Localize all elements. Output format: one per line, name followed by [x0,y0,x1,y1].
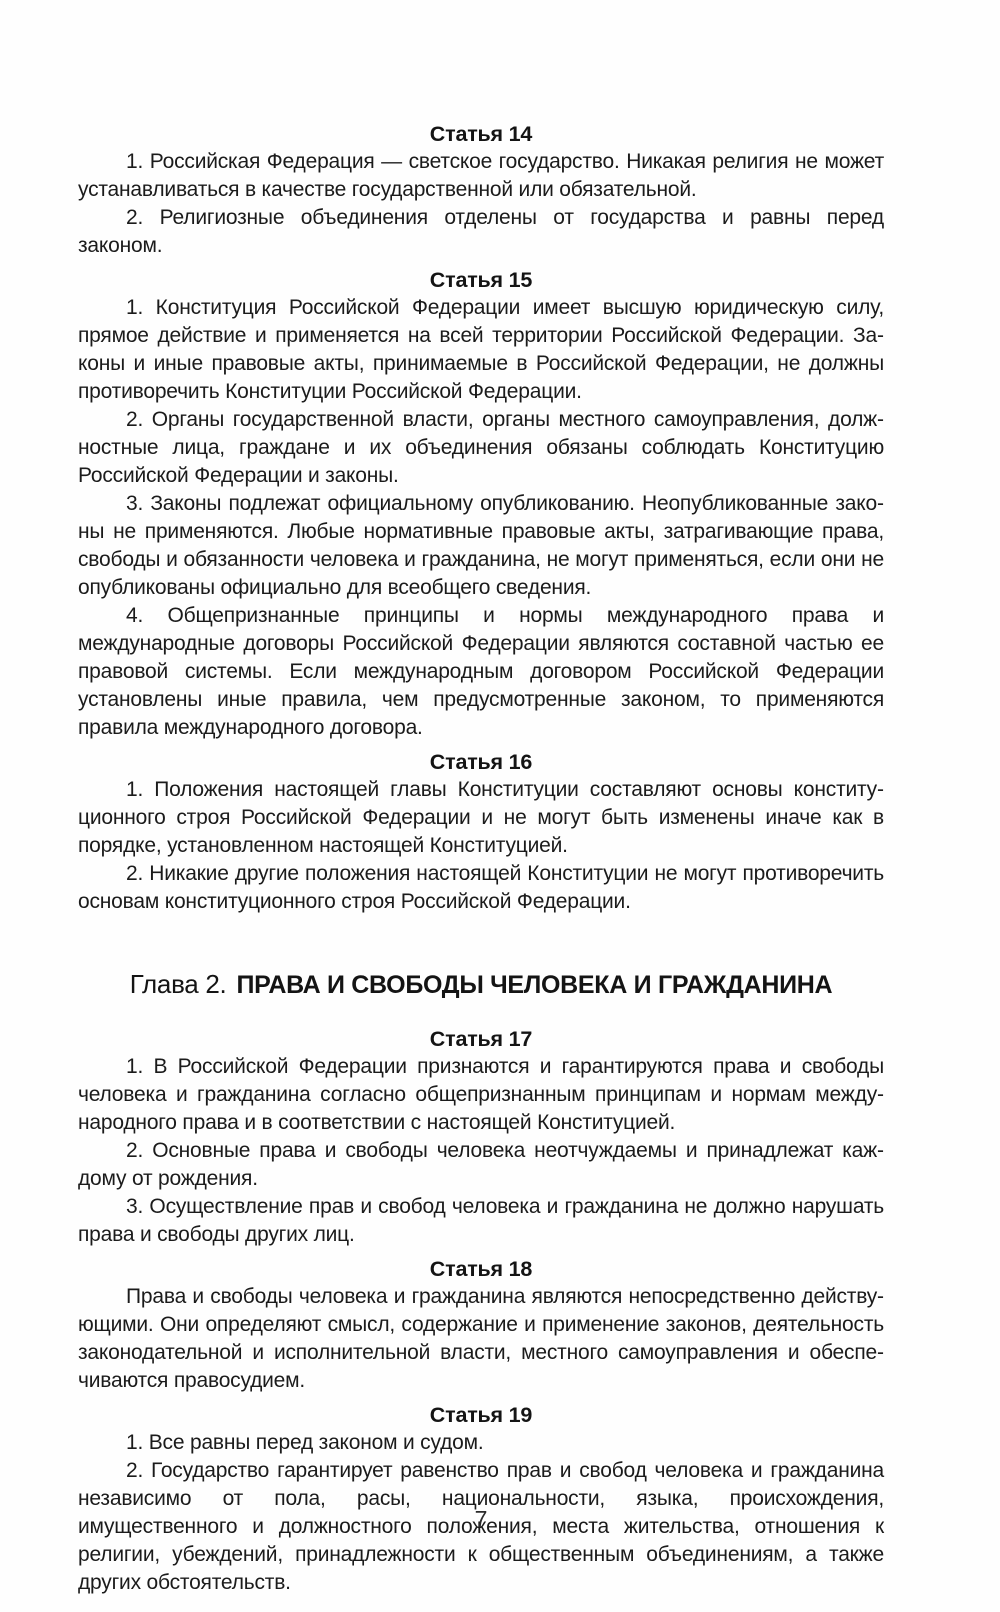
article-18-heading: Статья 18 [78,1255,884,1283]
page-number: 7 [78,1504,884,1534]
chapter-2-heading: Глава 2.ПРАВА И СВОБОДЫ ЧЕЛОВЕКА И ГРАЖД… [78,964,884,1009]
article-17-paragraph-1: 1. В Российской Федерации признаются и г… [78,1053,884,1137]
article-17-paragraph-2: 2. Основные права и свободы человека нео… [78,1137,884,1193]
article-14-paragraph-1: 1. Российская Федерация — светское госуд… [78,148,884,204]
article-14-paragraph-2: 2. Религиозные объединения отделены от г… [78,204,884,260]
article-15-paragraph-1: 1. Конституция Российской Федерации имее… [78,294,884,406]
article-15-paragraph-3: 3. Законы подлежат официальному опублико… [78,490,884,602]
article-17-heading: Статья 17 [78,1025,884,1053]
article-19-heading: Статья 19 [78,1401,884,1429]
article-16-heading: Статья 16 [78,748,884,776]
article-16-paragraph-2: 2. Никакие другие положения настоящей Ко… [78,860,884,916]
chapter-number: Глава 2. [130,969,227,999]
page-content: Статья 14 1. Российская Федерация — свет… [78,114,884,1597]
article-16-paragraph-1: 1. Положения настоящей главы Конституции… [78,776,884,860]
article-15-paragraph-2: 2. Органы государственной власти, органы… [78,406,884,490]
chapter-title: ПРАВА И СВОБОДЫ ЧЕЛОВЕКА И ГРАЖДАНИНА [236,971,832,999]
article-19-paragraph-1: 1. Все равны перед законом и судом. [78,1429,884,1457]
article-17-paragraph-3: 3. Осуществление прав и свобод человека … [78,1193,884,1249]
document-page: Статья 14 1. Российская Федерация — свет… [0,0,1000,1612]
article-15-paragraph-4: 4. Общепризнанные принципы и нормы между… [78,602,884,742]
article-15-heading: Статья 15 [78,266,884,294]
article-14-heading: Статья 14 [78,120,884,148]
article-18-paragraph-1: Права и свободы человека и гражданина яв… [78,1283,884,1395]
